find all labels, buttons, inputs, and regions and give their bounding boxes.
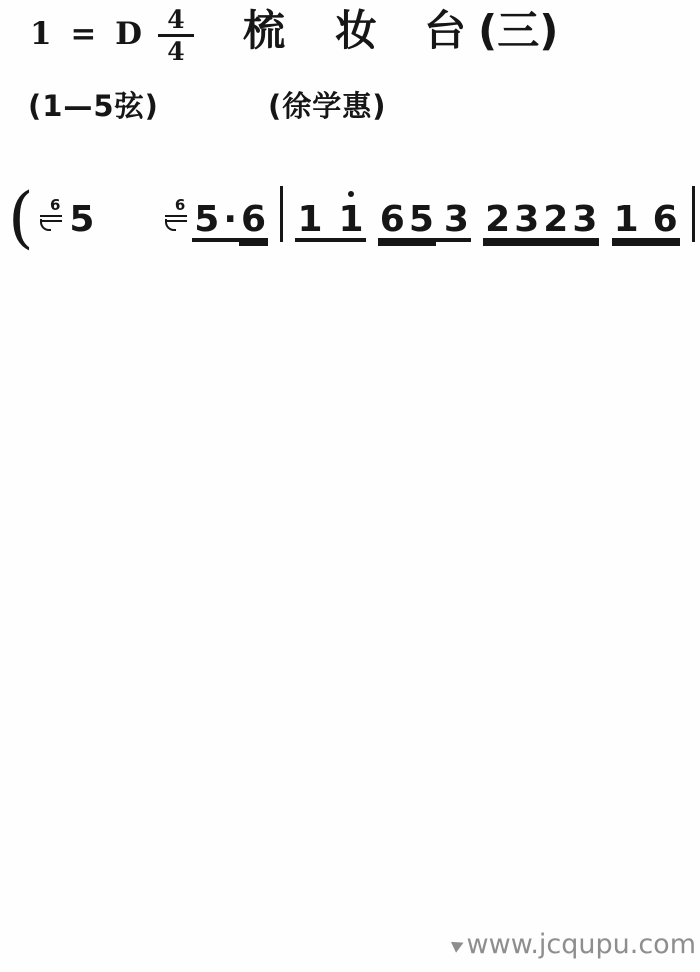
grace-note-digit: 6 <box>174 198 186 213</box>
note-group: 653 <box>378 202 471 242</box>
note-spacer <box>325 238 337 242</box>
score-line: (6565·611653232316 <box>8 166 695 254</box>
grace-hook <box>40 219 51 231</box>
credit-label: (徐学惠) <box>268 84 387 125</box>
note-digit: 6 <box>651 202 680 242</box>
sheet-music-page: 1 = D 4 4 梳妆台(三) (1—5弦)(徐学惠) (6565·61165… <box>0 0 700 972</box>
note-cell: 2323 <box>483 202 599 242</box>
grace-hook <box>165 219 176 231</box>
open-paren: ( <box>8 190 34 246</box>
note-digit: 5 <box>67 202 96 242</box>
note-group: 5·6 <box>192 202 268 242</box>
note-digit: 2 <box>483 202 512 242</box>
barline <box>692 186 695 242</box>
note-digit: 5 <box>192 202 221 242</box>
watermark-logo-icon <box>451 937 466 953</box>
watermark: www.jcqupu.com <box>453 929 696 960</box>
octave-dot-above <box>348 191 354 197</box>
note-group: 11 <box>295 202 365 242</box>
note-digit: 5 <box>407 202 436 242</box>
note-cell: 65·6 <box>171 198 268 242</box>
note-digit: 1 <box>337 202 366 242</box>
grace-beam <box>165 215 187 218</box>
note-group: 16 <box>612 202 680 242</box>
note-digit: 3 <box>570 202 599 242</box>
note-spacer <box>641 238 651 242</box>
note-digit: · <box>221 202 239 242</box>
tuning-label: (1—5弦) <box>28 84 159 125</box>
barline <box>280 186 283 242</box>
song-title-char: 台 <box>424 8 466 54</box>
grace-beam <box>40 215 62 218</box>
note-digit: 3 <box>442 202 471 242</box>
note-cell: 653 <box>378 202 471 242</box>
watermark-text: www.jcqupu.com <box>467 929 696 960</box>
note-digit: 6 <box>239 202 268 242</box>
note-cell: 16 <box>612 202 680 242</box>
note-digit: 2 <box>541 202 570 242</box>
notes-row: (6565·611653232316 <box>8 166 695 254</box>
subtitle-row: (1—5弦)(徐学惠) <box>0 84 700 124</box>
note-digit: 1 <box>612 202 641 242</box>
song-title-char: 妆 <box>335 8 377 54</box>
song-title-char: (三) <box>478 8 558 54</box>
note-digit: 6 <box>378 202 407 242</box>
song-title-char: 梳 <box>243 8 285 54</box>
grace-note-digit: 6 <box>49 198 61 213</box>
note-group: 5 <box>67 202 96 242</box>
note-cell: 65 <box>46 198 97 242</box>
grace-note: 6 <box>173 198 187 222</box>
grace-note: 6 <box>48 198 62 222</box>
note-cell: 11 <box>295 202 365 242</box>
note-digit: 3 <box>512 202 541 242</box>
song-title: 梳妆台(三) <box>0 8 700 66</box>
note-digit: 1 <box>295 202 324 242</box>
note-group: 2323 <box>483 202 599 242</box>
